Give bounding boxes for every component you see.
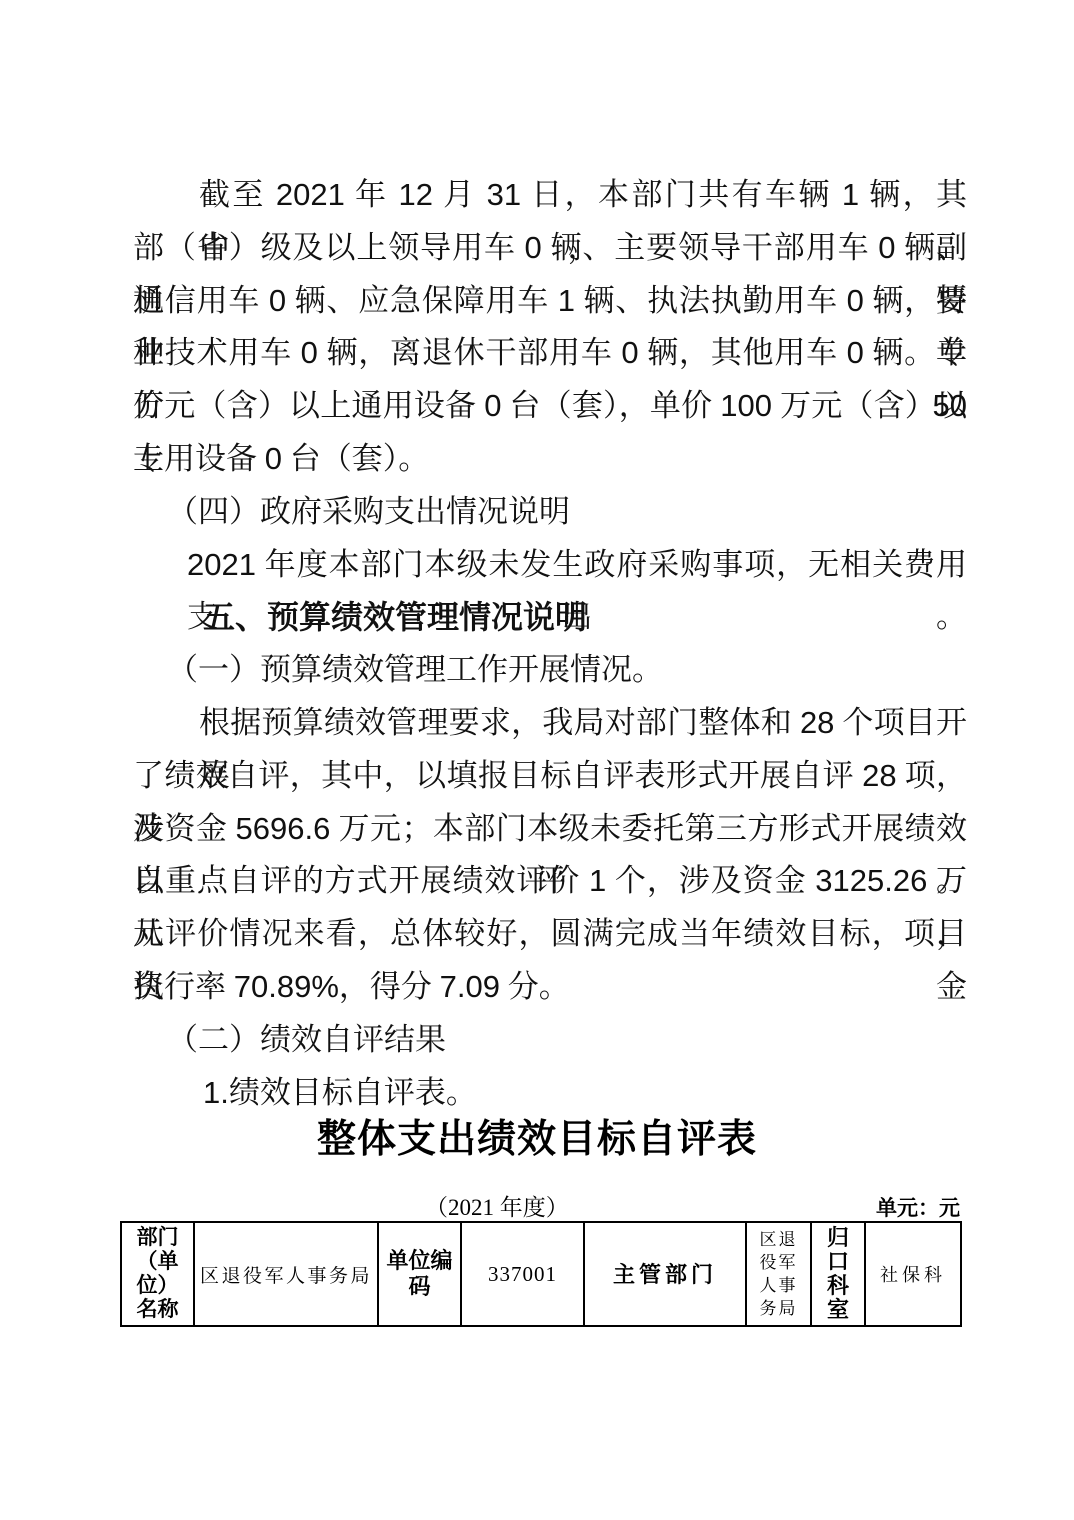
doc-line-12: 了绩效自评，其中，以填报目标自评表形式开展自评 28 项，涉 — [133, 750, 967, 803]
supervisor-label: 主管部门 — [584, 1222, 746, 1326]
doc-line-08: 2021 年度本部门本级未发生政府采购事项，无相关费用支出。 — [133, 539, 967, 592]
doc-line-06: 专用设备 0 台（套）。 — [133, 433, 967, 486]
doc-line-04: 业技术用车 0 辆，离退休干部用车 0 辆，其他用车 0 辆。单价 50 — [133, 327, 967, 380]
self-evaluation-table: 部门（单位）名称 区退役军人事务局 单位编码 337001 主管部门 区退役军人… — [120, 1221, 962, 1327]
office-label: 归口科室 — [811, 1222, 865, 1326]
supervisor-value: 区退役军人事务局 — [746, 1222, 811, 1326]
heading-work-progress: （一）预算绩效管理工作开展情况。 — [133, 644, 967, 697]
doc-line-11: 根据预算绩效管理要求，我局对部门整体和 28 个项目开展 — [133, 697, 967, 750]
doc-line-02: 部（省）级及以上领导用车 0 辆、主要领导干部用车 0 辆、机要 — [133, 222, 967, 275]
report-text-block: 截至 2021 年 12 月 31 日，本部门共有车辆 1 辆，其中，副 部（省… — [0, 0, 1074, 1119]
dept-name-value: 区退役军人事务局 — [194, 1222, 378, 1326]
doc-line-15: 从评价情况来看，总体较好，圆满完成当年绩效目标，项目资金 — [133, 908, 967, 961]
dept-name-label: 部门（单位）名称 — [121, 1222, 194, 1326]
table-title: 整体支出绩效目标自评表 — [0, 1115, 1074, 1165]
table-period-label: （2021 年度） — [425, 1189, 569, 1222]
heading-gov-procurement: （四）政府采购支出情况说明 — [133, 486, 967, 539]
doc-line-01: 截至 2021 年 12 月 31 日，本部门共有车辆 1 辆，其中，副 — [133, 169, 967, 222]
unit-code-value: 337001 — [461, 1222, 584, 1326]
unit-code-label: 单位编码 — [378, 1222, 461, 1326]
table-subtitle-row: （2021 年度） 单元：元 — [0, 1189, 1074, 1221]
doc-line-03: 通信用车 0 辆、应急保障用车 1 辆、执法执勤用车 0 辆，特种专 — [133, 275, 967, 328]
doc-line-13: 及资金 5696.6 万元；本部门本级未委托第三方形式开展绩效自评。 — [133, 803, 967, 856]
document-page: 截至 2021 年 12 月 31 日，本部门共有车辆 1 辆，其中，副 部（省… — [0, 0, 1074, 1520]
doc-line-05: 万元（含）以上通用设备 0 台（套），单价 100 万元（含）以上 — [133, 380, 967, 433]
doc-line-18: 1.绩效目标自评表。 — [133, 1067, 967, 1120]
doc-line-14: 以重点自评的方式开展绩效评价 1 个，涉及资金 3125.26 万元， — [133, 855, 967, 908]
heading-self-eval-result: （二）绩效自评结果 — [133, 1014, 967, 1067]
office-value: 社保科 — [865, 1222, 961, 1326]
table-unit-label: 单元：元 — [876, 1192, 960, 1222]
table-header-row: 部门（单位）名称 区退役军人事务局 单位编码 337001 主管部门 区退役军人… — [121, 1222, 961, 1326]
